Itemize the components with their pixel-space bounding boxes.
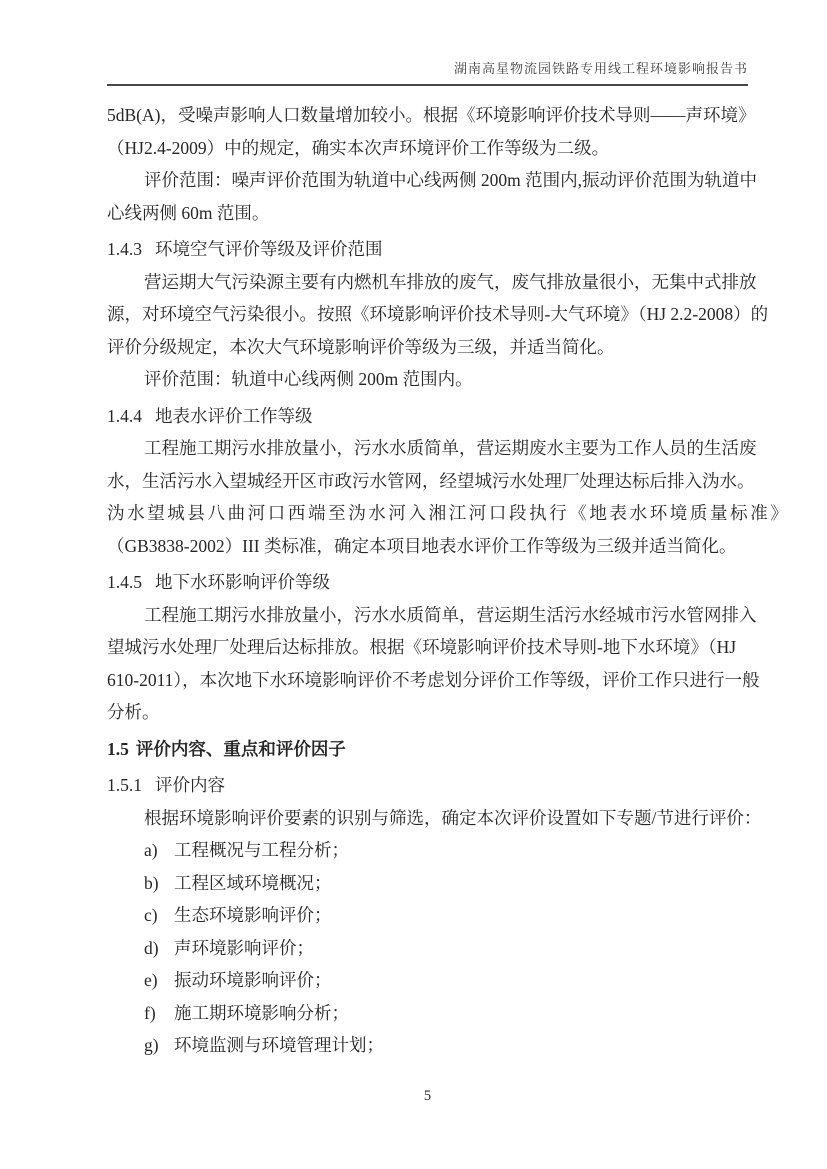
list-item-text: 振动环境影响评价； (174, 970, 332, 990)
text-line: 分析。 (107, 696, 748, 729)
list-item: c)生态环境影响评价； (107, 899, 748, 932)
heading-number: 1.5 (107, 733, 129, 766)
list-item: f)施工期环境影响分析； (107, 997, 748, 1030)
text-line: 望城污水处理厂处理后达标排放。根据《环境影响评价技术导则-地下水环境》（HJ (107, 631, 748, 664)
list-item-text: 施工期环境影响分析； (174, 1003, 349, 1023)
page-header: 湖南高星物流园铁路专用线工程环境影响报告书 (107, 58, 748, 86)
list-marker: a) (144, 834, 174, 867)
list-item-text: 工程区域环境概况； (174, 873, 332, 893)
section-heading-1-4-3: 1.4.3环境空气评价等级及评价范围 (107, 233, 748, 266)
list-item-text: 环境监测与环境管理计划； (174, 1035, 384, 1055)
list-marker: d) (144, 932, 174, 965)
text-line: 沩水望城县八曲河口西端至沩水河入湘江河口段执行《地表水环境质量标准》 (107, 497, 748, 530)
text-line: 心线两侧 60m 范围。 (107, 197, 748, 230)
list-marker: c) (144, 899, 174, 932)
header-title: 湖南高星物流园铁路专用线工程环境影响报告书 (454, 61, 748, 76)
heading-number: 1.5.1 (107, 769, 142, 802)
list-item-text: 工程概况与工程分析； (174, 840, 349, 860)
heading-number: 1.4.4 (107, 400, 142, 433)
text-line: 评价分级规定，本次大气环境影响评价等级为三级，并适当简化。 (107, 331, 748, 364)
page-footer: 5 (107, 1088, 748, 1105)
document-body: 5dB(A)，受噪声影响人口数量增加较小。根据《环境影响评价技术导则——声环境》… (107, 99, 748, 1062)
text-line: 根据环境影响评价要素的识别与筛选，确定本次评价设置如下专题/节进行评价： (107, 802, 748, 835)
section-heading-1-5: 1.5评价内容、重点和评价因子 (107, 733, 748, 766)
heading-title: 环境空气评价等级及评价范围 (155, 239, 383, 259)
text-line: 工程施工期污水排放量小，污水水质简单，营运期废水主要为工作人员的生活废 (107, 432, 748, 465)
list-marker: e) (144, 964, 174, 997)
list-marker: b) (144, 867, 174, 900)
heading-number: 1.4.3 (107, 233, 142, 266)
text-line: 水，生活污水入望城经开区市政污水管网，经望城污水处理厂处理达标后排入沩水。 (107, 465, 748, 498)
page-number: 5 (424, 1088, 431, 1104)
section-heading-1-4-5: 1.4.5地下水环影响评价等级 (107, 566, 748, 599)
heading-title: 评价内容 (155, 775, 225, 795)
list-item: b)工程区域环境概况； (107, 867, 748, 900)
list-item-text: 声环境影响评价； (174, 938, 314, 958)
list-item-text: 生态环境影响评价； (174, 905, 332, 925)
text-line: 营运期大气污染源主要有内燃机车排放的废气，废气排放量很小，无集中式排放 (107, 266, 748, 299)
list-item: g)环境监测与环境管理计划； (107, 1029, 748, 1062)
text-line: 源，对环境空气污染很小。按照《环境影响评价技术导则-大气环境》（HJ 2.2-2… (107, 298, 748, 331)
text-line: 评价范围：轨道中心线两侧 200m 范围内。 (107, 363, 748, 396)
heading-number: 1.4.5 (107, 566, 142, 599)
heading-title: 评价内容、重点和评价因子 (136, 739, 346, 759)
heading-title: 地下水环影响评价等级 (155, 572, 330, 592)
text-line: （HJ2.4-2009）中的规定，确实本次声环境评价工作等级为二级。 (107, 132, 748, 165)
heading-title: 地表水评价工作等级 (155, 406, 313, 426)
text-line: 工程施工期污水排放量小，污水水质简单，营运期生活污水经城市污水管网排入 (107, 599, 748, 632)
text-line: 610-2011），本次地下水环境影响评价不考虑划分评价工作等级，评价工作只进行… (107, 664, 748, 697)
section-heading-1-5-1: 1.5.1评价内容 (107, 769, 748, 802)
list-item: e)振动环境影响评价； (107, 964, 748, 997)
list-marker: g) (144, 1029, 174, 1062)
list-marker: f) (144, 997, 174, 1030)
text-line: （GB3838-2002）III 类标准，确定本项目地表水评价工作等级为三级并适… (107, 530, 748, 563)
list-item: a)工程概况与工程分析； (107, 834, 748, 867)
list-item: d)声环境影响评价； (107, 932, 748, 965)
document-page: 湖南高星物流园铁路专用线工程环境影响报告书 5dB(A)，受噪声影响人口数量增加… (0, 0, 827, 1169)
text-line: 评价范围：噪声评价范围为轨道中心线两侧 200m 范围内,振动评价范围为轨道中 (107, 164, 748, 197)
text-line: 5dB(A)，受噪声影响人口数量增加较小。根据《环境影响评价技术导则——声环境》 (107, 99, 748, 132)
section-heading-1-4-4: 1.4.4地表水评价工作等级 (107, 400, 748, 433)
